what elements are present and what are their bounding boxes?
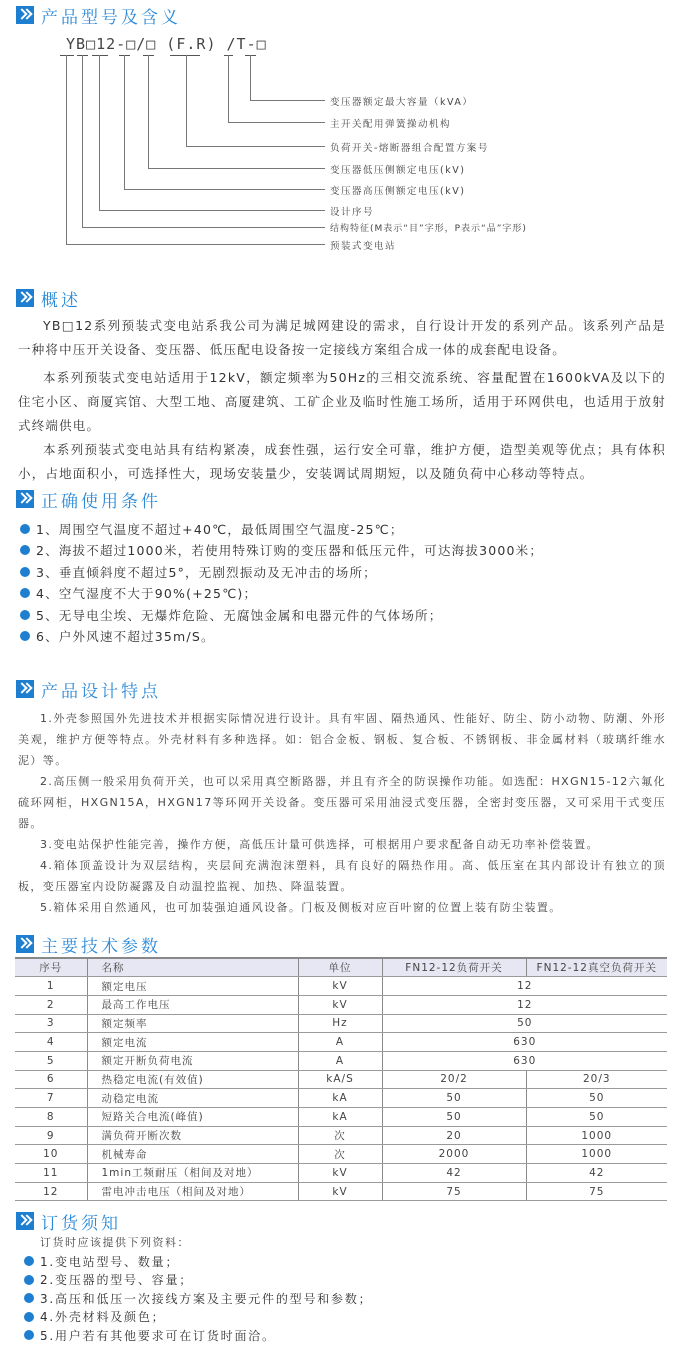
bullet-icon <box>20 610 30 620</box>
paragraph: 本系列预装式变电站具有结构紧凑，成套性强，运行安全可靠，维护方便，造型美观等优点… <box>18 438 666 486</box>
connector-line <box>82 227 325 228</box>
section-title: 主要技术参数 <box>41 932 161 957</box>
section-title: 订货须知 <box>41 1209 121 1234</box>
paragraph: 1.外壳参照国外先进技术并根据实际情况进行设计。具有牢固、隔热通风、性能好、防尘… <box>18 708 666 771</box>
col-header: FN12-12负荷开关 <box>382 958 526 977</box>
bullet-icon <box>24 1293 34 1303</box>
double-chevron-icon <box>16 680 34 698</box>
list-item: 4.外壳材料及颜色； <box>24 1308 372 1327</box>
section-heading-design: 产品设计特点 <box>16 678 161 700</box>
list-item: 2、海拔不超过1000米，若使用特殊订购的变压器和低压元件，可达海拔3000米； <box>20 540 543 562</box>
model-label: 变压器低压侧额定电压(kV) <box>330 162 465 176</box>
underline <box>60 55 74 56</box>
table-header-row: 序号 名称 单位 FN12-12负荷开关 FN12-12真空负荷开关 <box>15 958 667 977</box>
paragraph: 4.箱体顶盖设计为双层结构，夹层间充满泡沫塑料，具有良好的隔热作用。高、低压室在… <box>18 855 666 897</box>
list-item: 2.变压器的型号、容量； <box>24 1271 372 1290</box>
section-heading-conditions: 正确使用条件 <box>16 488 161 510</box>
ordering-intro: 订货时应该提供下列资料： <box>40 1234 190 1250</box>
connector-line <box>66 55 67 244</box>
col-header: 名称 <box>87 958 298 977</box>
bullet-icon <box>20 631 30 641</box>
bullet-icon <box>20 545 30 555</box>
double-chevron-icon <box>16 935 34 953</box>
table-row: 2最高工作电压kV12 <box>15 995 667 1014</box>
section-title: 正确使用条件 <box>41 487 161 512</box>
bullet-icon <box>24 1330 34 1340</box>
bullet-icon <box>20 524 30 534</box>
underline <box>92 55 108 56</box>
underline <box>170 55 200 56</box>
table-row: 10机械寿命次20001000 <box>15 1145 667 1164</box>
model-label: 设计序号 <box>330 204 374 218</box>
connector-line <box>186 146 325 147</box>
list-item: 3.高压和低压一次接线方案及主要元件的型号和参数； <box>24 1289 372 1308</box>
table-row: 5额定开断负荷电流A630 <box>15 1051 667 1070</box>
section-title: 产品设计特点 <box>41 677 161 702</box>
model-label: 负荷开关-熔断器组合配置方案号 <box>330 140 489 154</box>
double-chevron-icon <box>16 6 34 24</box>
list-item: 4、空气湿度不大于90%(+25℃)； <box>20 583 543 605</box>
connector-line <box>186 55 187 146</box>
connector-line <box>228 122 325 123</box>
bullet-icon <box>24 1312 34 1322</box>
col-header: 单位 <box>298 958 382 977</box>
model-label: 变压器高压侧额定电压(kV) <box>330 183 465 197</box>
section-title: 概述 <box>41 286 81 311</box>
connector-line <box>250 55 251 100</box>
table-row: 6热稳定电流(有效值)kA/S20/220/3 <box>15 1070 667 1089</box>
list-item: 1、周围空气温度不超过+40℃，最低周围空气温度-25℃； <box>20 518 543 540</box>
section-heading-specs: 主要技术参数 <box>16 933 161 955</box>
connector-line <box>66 244 325 245</box>
bullet-icon <box>24 1256 34 1266</box>
section-heading-ordering: 订货须知 <box>16 1210 121 1232</box>
col-header: FN12-12真空负荷开关 <box>526 958 667 977</box>
model-label: 结构特征(M表示“目”字形，P表示“品”字形) <box>330 221 527 234</box>
paragraph: YB□12系列预装式变电站系我公司为满足城网建设的需求，自行设计开发的系列产品。… <box>18 314 666 362</box>
connector-line <box>148 168 325 169</box>
connector-line <box>82 55 83 227</box>
table-row: 111min工频耐压（相间及对地）kV4242 <box>15 1164 667 1183</box>
spec-table: 序号 名称 单位 FN12-12负荷开关 FN12-12真空负荷开关 1额定电压… <box>15 957 667 1201</box>
model-label: 主开关配用弹簧操动机构 <box>330 116 451 130</box>
list-item: 3、垂直倾斜度不超过5°，无剧烈振动及无冲击的场所； <box>20 561 543 583</box>
section-heading-overview: 概述 <box>16 287 81 309</box>
design-text: 1.外壳参照国外先进技术并根据实际情况进行设计。具有牢固、隔热通风、性能好、防尘… <box>18 708 666 918</box>
table-row: 8短路关合电流(峰值)kA5050 <box>15 1108 667 1127</box>
model-code: YB□12-□/□ (F.R) /T-□ <box>66 35 267 53</box>
model-label: 预装式变电站 <box>330 238 396 252</box>
table-row: 9满负荷开断次数次201000 <box>15 1126 667 1145</box>
double-chevron-icon <box>16 289 34 307</box>
connector-line <box>228 55 229 122</box>
ordering-list: 1.变电站型号、数量； 2.变压器的型号、容量； 3.高压和低压一次接线方案及主… <box>24 1252 372 1345</box>
connector-line <box>250 100 325 101</box>
paragraph: 5.箱体采用自然通风，也可加装强迫通风设备。门板及侧板对应百叶窗的位置上装有防尘… <box>18 897 666 918</box>
table-row: 1额定电压kV12 <box>15 977 667 996</box>
list-item: 5、无导电尘埃、无爆炸危险、无腐蚀金属和电器元件的气体场所； <box>20 604 543 626</box>
connector-line <box>124 55 125 189</box>
section-title: 产品型号及含义 <box>41 3 181 28</box>
table-row: 7动稳定电流kA5050 <box>15 1089 667 1108</box>
overview-text: YB□12系列预装式变电站系我公司为满足城网建设的需求，自行设计开发的系列产品。… <box>18 314 666 486</box>
bullet-icon <box>24 1275 34 1285</box>
bullet-icon <box>20 588 30 598</box>
table-row: 12雷电冲击电压（相间及对地）kV7575 <box>15 1182 667 1201</box>
connector-line <box>99 210 325 211</box>
section-heading-model: 产品型号及含义 <box>16 4 181 26</box>
conditions-list: 1、周围空气温度不超过+40℃，最低周围空气温度-25℃； 2、海拔不超过100… <box>20 518 543 647</box>
table-row: 3额定频率Hz50 <box>15 1014 667 1033</box>
connector-line <box>148 55 149 168</box>
connector-line <box>124 189 325 190</box>
list-item: 6、户外风速不超过35m/S。 <box>20 626 543 648</box>
double-chevron-icon <box>16 490 34 508</box>
connector-line <box>99 55 100 210</box>
list-item: 1.变电站型号、数量； <box>24 1252 372 1271</box>
paragraph: 2.高压侧一般采用负荷开关，也可以采用真空断路器，并且有齐全的防误操作功能。如选… <box>18 771 666 834</box>
list-item: 5.用户若有其他要求可在订货时面洽。 <box>24 1326 372 1345</box>
paragraph: 3.变电站保护性能完善，操作方便，高低压计量可供选择，可根据用户要求配备自动无功… <box>18 834 666 855</box>
col-header: 序号 <box>15 958 87 977</box>
bullet-icon <box>20 567 30 577</box>
table-row: 4额定电流A630 <box>15 1033 667 1052</box>
paragraph: 本系列预装式变电站适用于12kV，额定频率为50Hz的三相交流系统、容量配置在1… <box>18 366 666 438</box>
double-chevron-icon <box>16 1212 34 1230</box>
model-label: 变压器额定最大容量（kVA） <box>330 94 473 108</box>
